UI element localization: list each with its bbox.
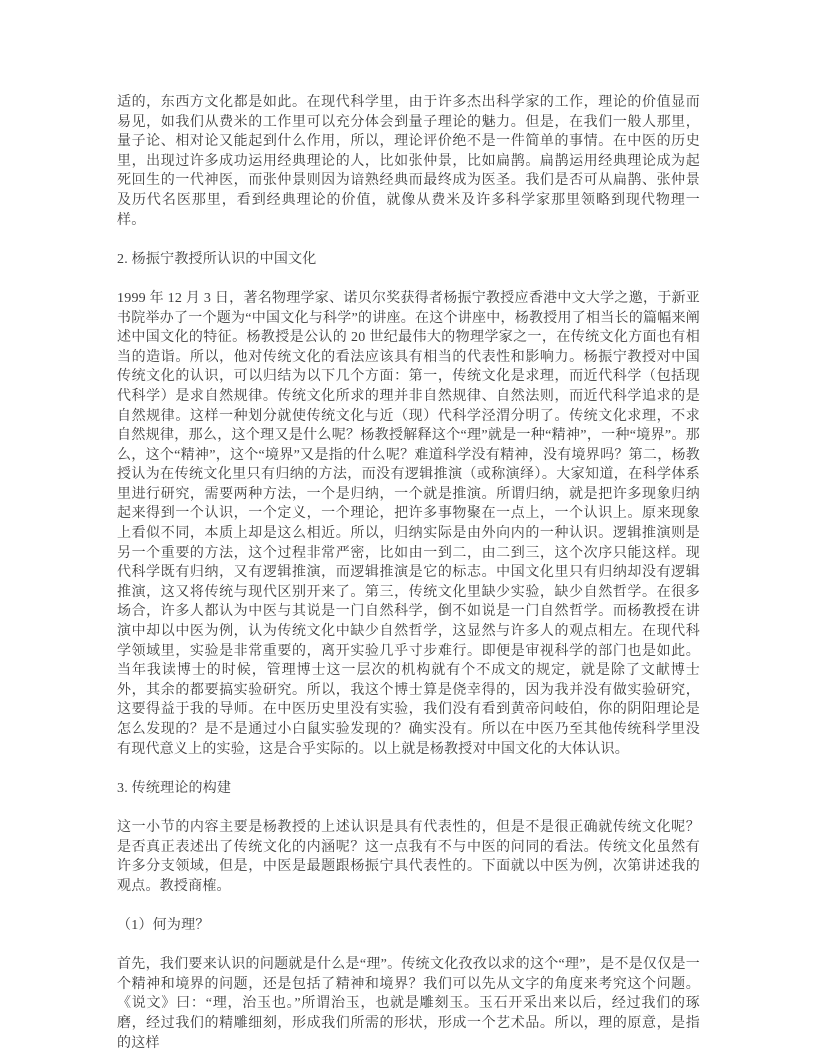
section-2-heading: 2. 杨振宁教授所认识的中国文化	[117, 250, 700, 270]
subsection-1-heading: （1）何为理？	[117, 916, 700, 936]
subsection-1-paragraph: 首先，我们要来认识的问题就是什么是“理”。传统文化孜孜以求的这个“理”，是不是仅…	[117, 955, 700, 1053]
section-3-intro-paragraph: 这一小节的内容主要是杨教授的上述认识是具有代表性的，但是不是很正确就传统文化呢？…	[117, 818, 700, 896]
document-page: 适的，东西方文化都是如此。在现代科学里，由于许多杰出科学家的工作，理论的价值显而…	[0, 0, 816, 1056]
section-2-paragraph: 1999 年 12 月 3 日，著名物理学家、诺贝尔奖获得者杨振宁教授应香港中文…	[117, 289, 700, 759]
continuation-paragraph: 适的，东西方文化都是如此。在现代科学里，由于许多杰出科学家的工作，理论的价值显而…	[117, 93, 700, 230]
section-3-heading: 3. 传统理论的构建	[117, 779, 700, 799]
